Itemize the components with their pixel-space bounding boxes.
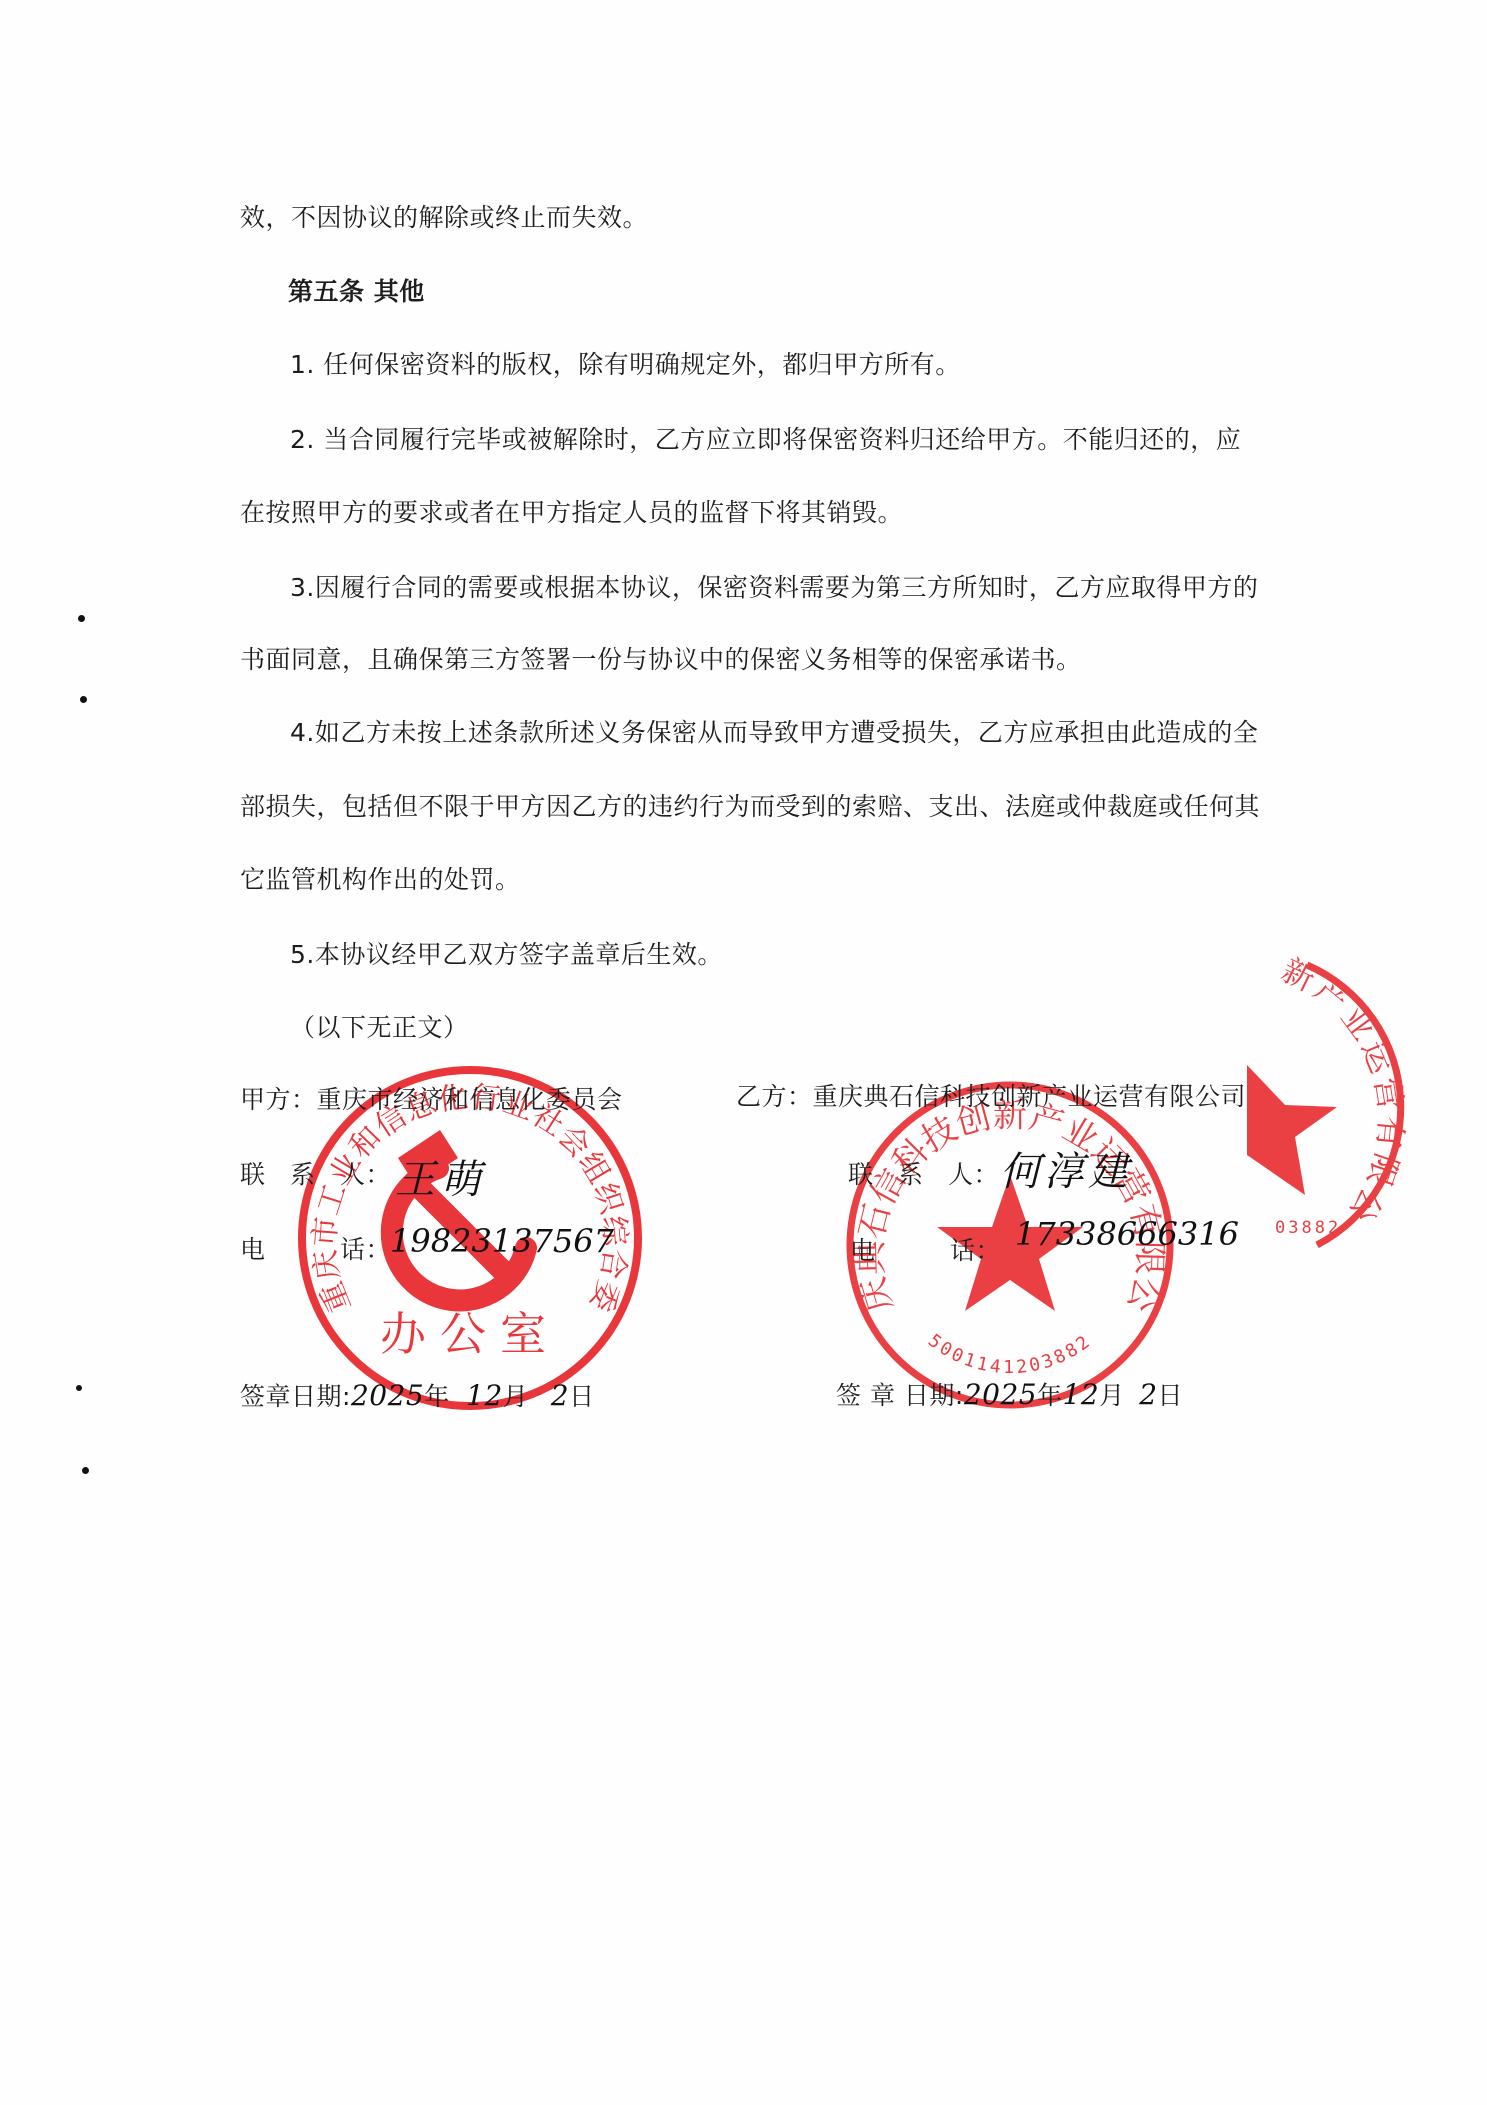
date-month-handwritten: 12 bbox=[1063, 1378, 1100, 1411]
svg-text:5001141203882: 5001141203882 bbox=[924, 1330, 1096, 1378]
clause-2-line-2: 在按照甲方的要求或者在甲方指定人员的监督下将其销毁。 bbox=[240, 498, 903, 528]
year-unit: 年 bbox=[1037, 1381, 1063, 1410]
party-b-label: 乙方： bbox=[736, 1082, 813, 1111]
end-note: （以下无正文） bbox=[290, 1013, 469, 1043]
edge-seal: 新产业运营有限公司 03882 bbox=[1247, 945, 1487, 1265]
month-unit: 月 bbox=[503, 1382, 529, 1411]
scan-mark bbox=[80, 696, 87, 703]
section-heading: 第五条 其他 bbox=[288, 277, 425, 307]
phone-label-char: 电 bbox=[240, 1235, 266, 1265]
party-a-phone-handwritten: 19823137567 bbox=[390, 1222, 614, 1260]
clause-4-line-3: 它监管机构作出的处罚。 bbox=[240, 865, 521, 895]
clause-4-line-1: 4.如乙方未按上述条款所述义务保密从而导致甲方遭受损失，乙方应承担由此造成的全 bbox=[290, 718, 1258, 748]
contact-label-char: 联 bbox=[848, 1160, 874, 1190]
year-unit: 年 bbox=[424, 1382, 450, 1411]
contact-label-char: 联 bbox=[240, 1160, 266, 1190]
date-year-handwritten: 2025 bbox=[964, 1378, 1037, 1411]
date-year-handwritten: 2025 bbox=[351, 1379, 424, 1412]
svg-text:新产业运营有限公司: 新产业运营有限公司 bbox=[1247, 945, 1411, 1232]
clause-4-line-2: 部损失，包括但不限于甲方因乙方的违约行为而受到的索赔、支出、法庭或仲裁庭或任何其 bbox=[240, 792, 1260, 822]
contact-label-char: 系 bbox=[898, 1160, 924, 1190]
date-day-handwritten: 2 bbox=[551, 1379, 569, 1412]
date-label: 签 章 日期: bbox=[836, 1381, 964, 1410]
scan-mark bbox=[76, 1385, 82, 1391]
day-unit: 日 bbox=[1158, 1381, 1184, 1410]
party-b-date-row: 签 章 日期:2025年12月 2日 bbox=[836, 1380, 1183, 1411]
edge-seal-arc-text: 新产业运营有限公司 bbox=[1247, 945, 1411, 1232]
date-month-handwritten: 12 bbox=[466, 1379, 503, 1412]
star-icon bbox=[1247, 1065, 1337, 1195]
phone-label-char: 电 bbox=[850, 1236, 876, 1266]
clause-5-line-1: 5.本协议经甲乙双方签字盖章后生效。 bbox=[290, 940, 723, 970]
party-b-seal-code: 5001141203882 bbox=[924, 1330, 1096, 1378]
party-b-line: 乙方：重庆典石信科技创新产业运营有限公司 bbox=[736, 1082, 1246, 1112]
date-label: 签章日期: bbox=[240, 1382, 351, 1411]
clause-1-line-1: 1. 任何保密资料的版权，除有明确规定外，都归甲方所有。 bbox=[290, 350, 961, 380]
document-page: 效，不因协议的解除或终止而失效。 第五条 其他 1. 任何保密资料的版权，除有明… bbox=[0, 0, 1487, 2105]
party-a-label: 甲方： bbox=[240, 1085, 317, 1114]
month-unit: 月 bbox=[1099, 1381, 1125, 1410]
phone-label-char: 话： bbox=[950, 1236, 1001, 1266]
date-day-handwritten: 2 bbox=[1139, 1378, 1157, 1411]
party-b-contact-signature: 何淳建 bbox=[1000, 1140, 1132, 1197]
phone-label-char: 话： bbox=[340, 1235, 391, 1265]
day-unit: 日 bbox=[569, 1382, 595, 1411]
edge-seal-code: 03882 bbox=[1275, 1218, 1341, 1238]
party-a-date-row: 签章日期:2025年 12月 2日 bbox=[240, 1381, 595, 1412]
scan-mark bbox=[78, 615, 85, 622]
party-a-name: 重庆市经济和信息化委员会 bbox=[317, 1085, 623, 1114]
contact-label-char: 人： bbox=[948, 1160, 999, 1190]
contact-label-char: 系 bbox=[290, 1160, 316, 1190]
party-b-phone-handwritten: 17338666316 bbox=[1015, 1215, 1239, 1253]
party-a-line: 甲方：重庆市经济和信息化委员会 bbox=[240, 1085, 623, 1115]
scan-mark bbox=[82, 1467, 89, 1474]
party-a-contact-signature: 王萌 bbox=[395, 1148, 487, 1205]
continuation-line: 效，不因协议的解除或终止而失效。 bbox=[240, 203, 648, 233]
clause-2-line-1: 2. 当合同履行完毕或被解除时，乙方应立即将保密资料归还给甲方。不能归还的，应 bbox=[290, 425, 1241, 455]
party-a-seal-center-text: 办公室 bbox=[380, 1307, 560, 1361]
clause-3-line-1: 3.因履行合同的需要或根据本协议，保密资料需要为第三方所知时，乙方应取得甲方的 bbox=[290, 573, 1258, 603]
clause-3-line-2: 书面同意，且确保第三方签署一份与协议中的保密义务相等的保密承诺书。 bbox=[240, 645, 1082, 675]
party-b-name: 重庆典石信科技创新产业运营有限公司 bbox=[813, 1082, 1247, 1111]
contact-label-char: 人： bbox=[340, 1160, 391, 1190]
